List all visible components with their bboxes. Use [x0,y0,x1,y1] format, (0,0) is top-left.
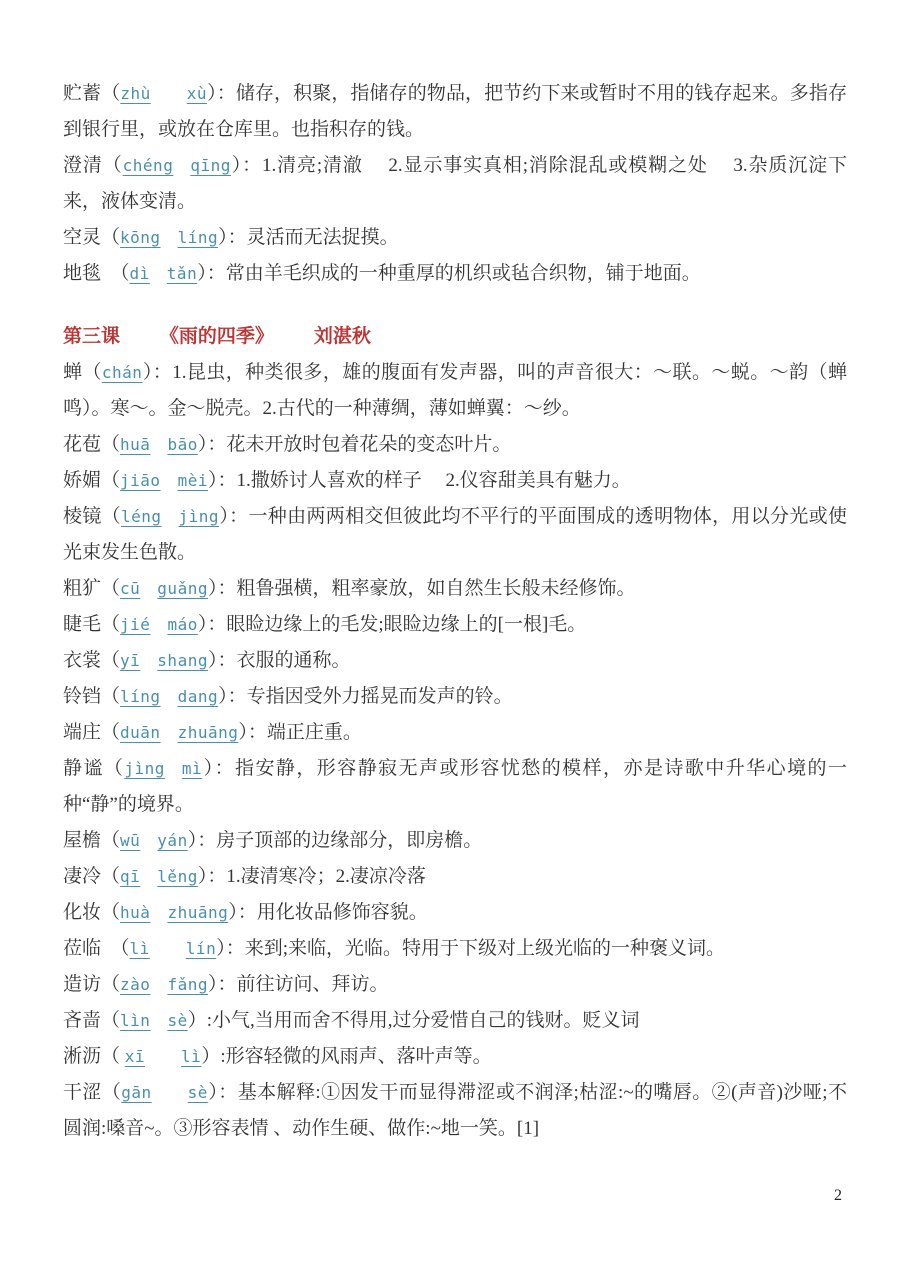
vocab-definition: ：指安静，形容静寂无声或形容忧愁的模样，亦是诗歌中升华心境的一种“静”的境界。 [63,758,847,815]
pinyin-syllable: sè [167,1011,187,1030]
vocab-definition: ：来到;来临，光临。特用于下级对上级光临的一种褒义词。 [226,938,725,959]
vocab-word: 睫毛 [63,614,101,635]
lesson-number: 第三课 [63,326,120,347]
vocab-entry: 蝉（chán）：1.昆虫，种类很多，雄的腹面有发声器，叫的声音很大：～联。～蜕。… [63,355,847,427]
pinyin-syllable: lì [130,939,150,958]
vocab-word: 干涩 [63,1082,102,1103]
vocab-definition: ：基本解释:①因发干而显得滞涩或不润泽;枯涩:~的嘴唇。②(声音)沙哑;不圆润:… [63,1082,847,1139]
pinyin-syllable: qī [120,867,140,886]
vocab-definition: ：粗鲁强横，粗率豪放，如自然生长般未经修饰。 [217,578,635,599]
pinyin-syllable: bāo [167,435,197,454]
vocab-entry: 铃铛（língdang）：专指因受外力摇晃而发声的铃。 [63,679,847,715]
pinyin-syllable: tǎn [167,264,197,283]
pinyin-syllable: léng [121,507,162,526]
vocab-word: 地毯 [63,263,120,284]
lesson-author: 刘湛秋 [314,326,371,347]
vocab-definition: ：眼睑边缘上的毛发;眼睑边缘上的[一根]毛。 [207,614,586,635]
vocab-entry: 花苞（huābāo）：花未开放时包着花朵的变态叶片。 [63,427,847,463]
document-page: 贮蓄（zhùxù）：储存，积聚，指储存的物品，把节约下来或暂时不用的钱存起来。多… [0,0,904,1280]
vocab-word: 吝啬 [63,1010,101,1031]
pinyin-syllable: líng [120,687,161,706]
vocab-entry: 化妆（huàzhuāng）：用化妆品修饰容貌。 [63,895,847,931]
pinyin-syllable: fǎng [167,975,208,994]
pinyin-syllable: chéng [123,156,174,175]
vocab-entry: 吝啬（lìnsè）:小气,当用而舍不得用,过分爱惜自己的钱财。贬义词 [63,1003,847,1039]
vocab-entry: 棱镜（léngjìng）：一种由两两相交但彼此均不平行的平面围成的透明物体，用以… [63,499,847,571]
pinyin-syllable: sè [188,1083,208,1102]
pinyin-syllable: jìng [124,759,165,778]
pinyin-syllable: lì [181,1047,201,1066]
vocab-definition: ：前往访问、拜访。 [217,974,388,995]
pinyin-syllable: guǎng [157,579,208,598]
pinyin-syllable: mì [182,759,202,778]
vocab-entry: 造访（zàofǎng）：前往访问、拜访。 [63,967,847,1003]
vocab-word: 屋檐 [63,830,101,851]
vocab-word: 花苞 [63,434,101,455]
pinyin-syllable: jìng [179,507,220,526]
vocab-word: 静谧 [63,758,104,779]
lesson-title: 《雨的四季》 [160,326,274,347]
vocab-entry: 娇媚（jiāomèi）：1.撒娇讨人喜欢的样子 2.仪容甜美具有魅力。 [63,463,847,499]
vocab-definition: ：花未开放时包着花朵的变态叶片。 [207,434,511,455]
pinyin-syllable: lěng [157,867,198,886]
vocab-definition: ：灵活而无法捉摸。 [228,227,399,248]
vocab-word: 莅临 [63,938,120,959]
pinyin-syllable: zhù [120,84,150,103]
vocab-definition: ：1.撒娇讨人喜欢的样子 2.仪容甜美具有魅力。 [217,470,630,491]
vocab-entry: 贮蓄（zhùxù）：储存，积聚，指储存的物品，把节约下来或暂时不用的钱存起来。多… [63,76,847,148]
pinyin-syllable: líng [178,228,219,247]
vocab-word: 衣裳 [63,650,101,671]
pinyin-syllable: shang [157,651,208,670]
vocab-word: 贮蓄 [63,83,101,104]
vocab-definition: ：专指因受外力摇晃而发声的铃。 [228,686,513,707]
pinyin-syllable: lìn [120,1011,150,1030]
pinyin-syllable: xù [187,84,207,103]
vocab-definition: :形容轻微的风雨声、落叶声等。 [220,1046,491,1067]
vocab-entry: 澄清（chéngqīng）：1.清亮;清澈 2.显示事实真相;消除混乱或模糊之处… [63,148,847,220]
vocab-content: 贮蓄（zhùxù）：储存，积聚，指储存的物品，把节约下来或暂时不用的钱存起来。多… [63,76,847,1147]
vocab-entry: 屋檐（wūyán）：房子顶部的边缘部分，即房檐。 [63,823,847,859]
pinyin-syllable: kōng [120,228,161,247]
pinyin-syllable: zhuāng [167,903,228,922]
pinyin-syllable: dang [178,687,219,706]
pinyin-syllable: dì [130,264,150,283]
vocab-word: 铃铛 [63,686,101,707]
vocab-word: 澄清 [63,155,103,176]
vocab-definition: :小气,当用而舍不得用,过分爱惜自己的钱财。贬义词 [207,1010,640,1031]
lesson-heading: 第三课《雨的四季》刘湛秋 [63,319,847,355]
vocab-entry: 睫毛（jiémáo）：眼睑边缘上的毛发;眼睑边缘上的[一根]毛。 [63,607,847,643]
vocab-definition: ：1.昆虫，种类很多，雄的腹面有发声器，叫的声音很大：～联。～蜕。～韵（蝉鸣）。… [63,362,847,419]
vocab-definition: ：房子顶部的边缘部分，即房檐。 [197,830,482,851]
pinyin-syllable: chán [102,363,143,382]
pinyin-syllable: cū [120,579,140,598]
vocab-entry: 静谧（jìngmì）：指安静，形容静寂无声或形容忧愁的模样，亦是诗歌中升华心境的… [63,751,847,823]
vocab-entry: 地毯 （dìtǎn）：常由羊毛织成的一种重厚的机织或毡合织物，铺于地面。 [63,256,847,292]
pinyin-syllable: yī [120,651,140,670]
page-number: 2 [834,1186,842,1206]
vocab-definition: ：1.清亮;清澈 2.显示事实真相;消除混乱或模糊之处 3.杂质沉淀下来，液体变… [63,155,847,212]
vocab-word: 蝉 [63,362,82,383]
pinyin-syllable: duān [120,723,161,742]
pinyin-syllable: yán [157,831,187,850]
vocab-word: 端庄 [63,722,101,743]
vocab-definition: ：用化妆品修饰容貌。 [238,902,428,923]
pinyin-syllable: huà [120,903,150,922]
vocab-entry: 衣裳（yīshang）：衣服的通称。 [63,643,847,679]
vocab-definition: ：端正庄重。 [248,722,362,743]
vocab-word: 淅沥 [63,1046,101,1067]
vocab-entry: 干涩（gānsè）：基本解释:①因发干而显得滞涩或不润泽;枯涩:~的嘴唇。②(声… [63,1075,847,1147]
vocab-entry: 莅临 （lìlín）：来到;来临，光临。特用于下级对上级光临的一种褒义词。 [63,931,847,967]
vocab-word: 空灵 [63,227,101,248]
vocab-entry: 淅沥（ xīlì）:形容轻微的风雨声、落叶声等。 [63,1039,847,1075]
pinyin-syllable: gān [121,1083,151,1102]
pinyin-syllable: xī [125,1047,145,1066]
vocab-entry: 粗犷（cūguǎng）：粗鲁强横，粗率豪放，如自然生长般未经修饰。 [63,571,847,607]
pinyin-syllable: máo [167,615,197,634]
pinyin-syllable: huā [120,435,150,454]
vocab-entry: 凄冷（qīlěng）：1.凄清寒冷；2.凄凉冷落 [63,859,847,895]
vocab-definition: ：储存，积聚，指储存的物品，把节约下来或暂时不用的钱存起来。多指存到银行里，或放… [63,83,847,140]
vocab-word: 棱镜 [63,506,102,527]
vocab-word: 娇媚 [63,470,101,491]
pinyin-syllable: zhuāng [178,723,239,742]
vocab-definition: ：衣服的通称。 [217,650,350,671]
pinyin-syllable: jiāo [120,471,161,490]
vocab-definition: ：1.凄清寒冷；2.凄凉冷落 [207,866,426,887]
vocab-definition: ：常由羊毛织成的一种重厚的机织或毡合织物，铺于地面。 [207,263,701,284]
vocab-word: 造访 [63,974,101,995]
vocab-word: 粗犷 [63,578,101,599]
pinyin-syllable: mèi [178,471,208,490]
pinyin-syllable: zào [120,975,150,994]
pinyin-syllable: qīng [190,156,231,175]
pinyin-syllable: wū [120,831,140,850]
pinyin-syllable: jié [120,615,150,634]
vocab-entry: 端庄（duānzhuāng）：端正庄重。 [63,715,847,751]
pinyin-syllable: lín [186,939,216,958]
vocab-entry: 空灵（kōnglíng）：灵活而无法捉摸。 [63,220,847,256]
vocab-word: 凄冷 [63,866,101,887]
vocab-word: 化妆 [63,902,101,923]
